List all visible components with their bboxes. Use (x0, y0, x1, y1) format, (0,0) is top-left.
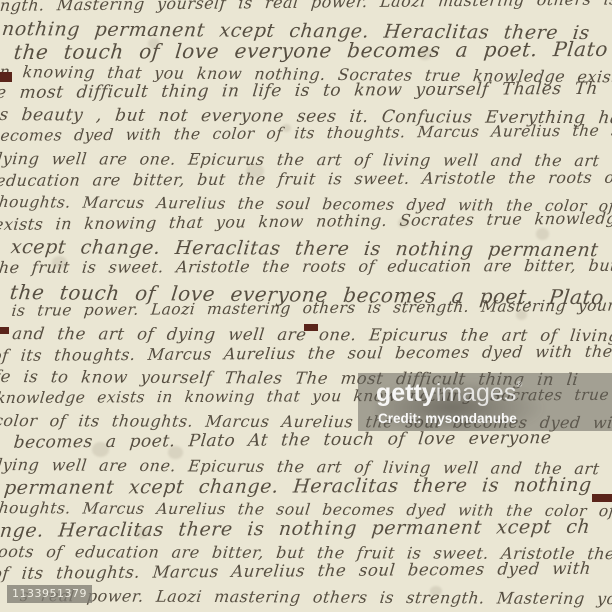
handwriting-line: ength. Mastering yourself is real power.… (0, 0, 612, 14)
red-ink-mark (0, 72, 12, 82)
registered-mark-icon: ® (516, 380, 522, 389)
logo-images-text: images (436, 379, 517, 407)
ink-blot (246, 164, 264, 178)
ink-blot (418, 48, 432, 60)
watermark-credit: Credit: mysondanube (378, 411, 517, 426)
ink-blot (168, 446, 183, 459)
handwriting-line: of its thoughts. Marcus Aurelius the sou… (0, 561, 592, 583)
ink-blot (398, 218, 409, 228)
handwritten-pattern-artwork: ength. Mastering yourself is real power.… (0, 0, 612, 612)
handwriting-line: of its thoughts. Marcus Aurelius the sou… (0, 343, 612, 364)
handwriting-line: e becomes a poet. Plato At the touch of … (0, 430, 552, 452)
handwriting-line: the touch of love everyone becomes a poe… (13, 38, 612, 61)
ink-blot (136, 528, 149, 539)
ink-blot (52, 256, 67, 269)
ink-blot (148, 38, 160, 49)
ink-blot (430, 586, 442, 596)
red-ink-mark (592, 494, 612, 502)
red-ink-mark (0, 327, 9, 334)
red-ink-mark (304, 324, 318, 331)
handwriting-line: education are bitter, but the fruit is s… (0, 170, 612, 189)
handwriting-line: the fruit is sweet. Aristotle the roots … (0, 258, 612, 276)
handwriting-line: s real power. Laozi mastering others is … (19, 588, 612, 607)
ink-blot (282, 124, 291, 132)
handwriting-line: becomes dyed with the color of its thoug… (0, 123, 612, 144)
handwriting-line: ange. Heraclitas there is nothing perman… (0, 518, 591, 541)
image-id-badge: 1133951379 (7, 585, 92, 603)
handwriting-line: dying well are one. Epicurus the art of … (0, 151, 612, 169)
getty-watermark: gettyimages® Credit: mysondanube (358, 373, 612, 431)
gettyimages-logo: gettyimages® (376, 381, 522, 406)
handwriting-line: exists in knowing that you know nothing.… (0, 210, 612, 233)
ink-blot (92, 442, 109, 457)
ink-blot (516, 310, 527, 320)
ink-blot (536, 228, 549, 240)
handwriting-line: e most difficult thing in life is to kno… (0, 81, 599, 102)
handwriting-line: permanent xcept change. Heraclitas there… (3, 476, 593, 498)
logo-getty-text: getty (376, 379, 436, 407)
